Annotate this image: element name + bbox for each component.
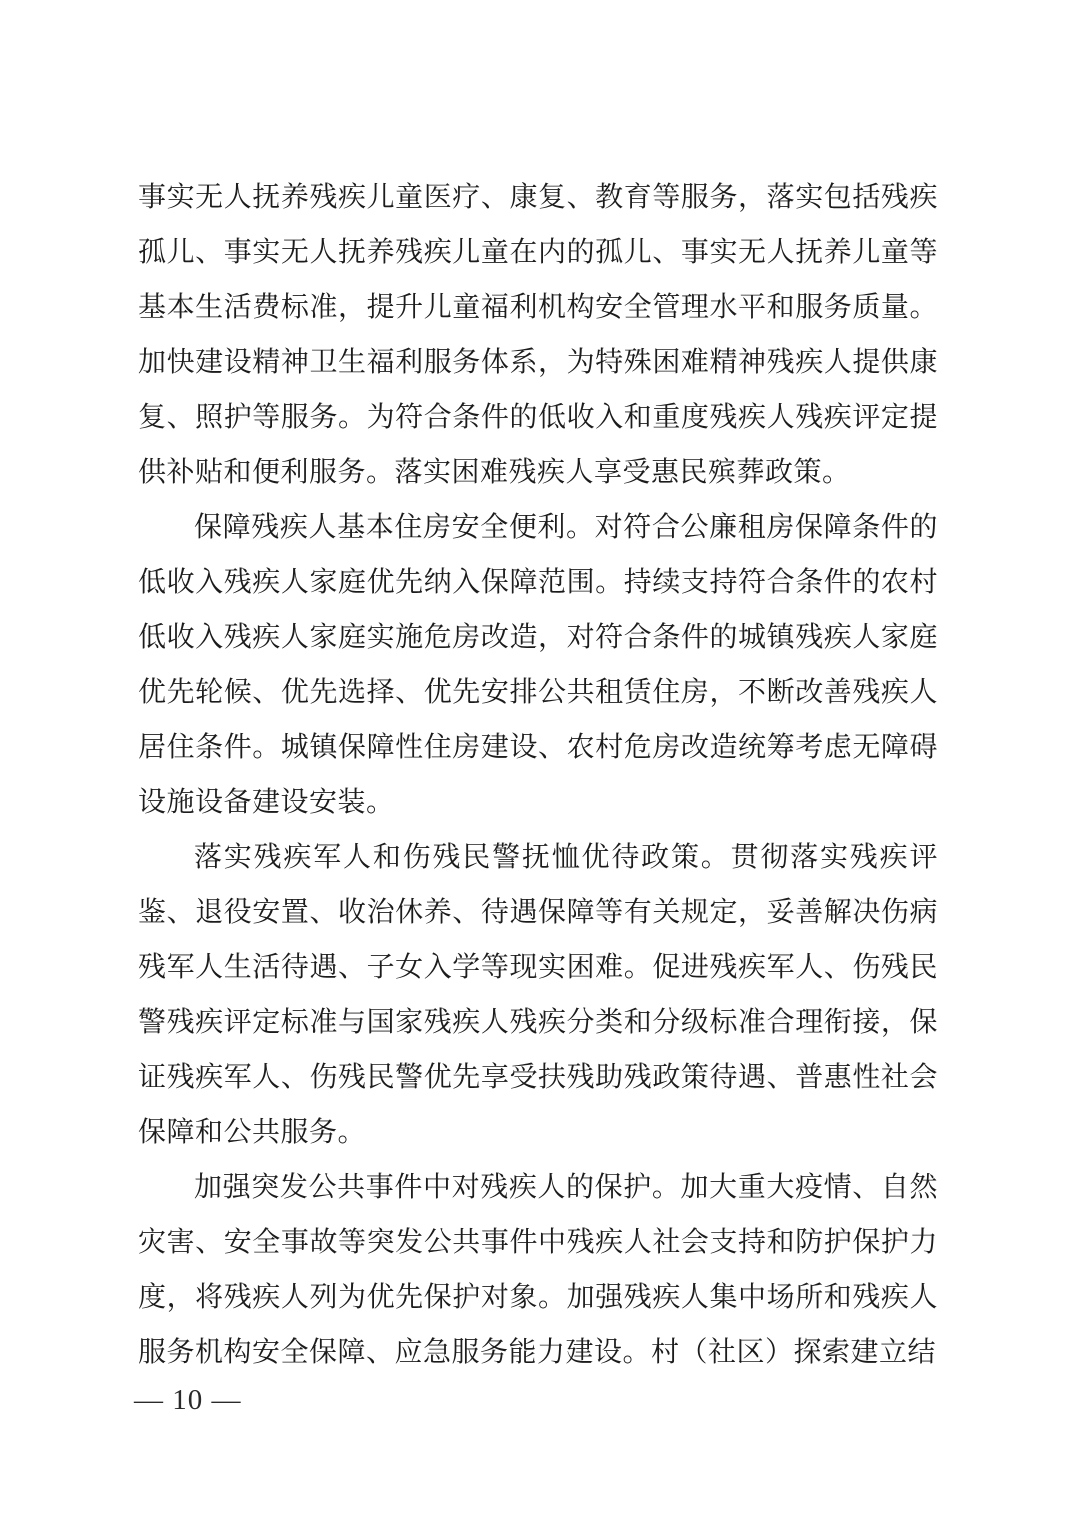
document-page: 事实无人抚养残疾儿童医疗、康复、教育等服务，落实包括残疾孤儿、事实无人抚养残疾儿…	[0, 0, 1074, 1520]
paragraph: 保障残疾人基本住房安全便利。对符合公廉租房保障条件的低收入残疾人家庭优先纳入保障…	[138, 500, 938, 830]
text-line: 加强突发公共事件中对残疾人的保护。加大重大疫情、自然	[138, 1160, 938, 1215]
text-line: 保障和公共服务。	[138, 1105, 938, 1160]
text-line: 证残疾军人、伤残民警优先享受扶残助残政策待遇、普惠性社会	[138, 1050, 938, 1105]
paragraph: 落实残疾军人和伤残民警抚恤优待政策。贯彻落实残疾评鉴、退役安置、收治休养、待遇保…	[138, 830, 938, 1160]
document-body: 事实无人抚养残疾儿童医疗、康复、教育等服务，落实包括残疾孤儿、事实无人抚养残疾儿…	[138, 170, 938, 1380]
text-line: 度，将残疾人列为优先保护对象。加强残疾人集中场所和残疾人	[138, 1270, 938, 1325]
text-line: 基本生活费标准，提升儿童福利机构安全管理水平和服务质量。	[138, 280, 938, 335]
text-line: 鉴、退役安置、收治休养、待遇保障等有关规定，妥善解决伤病	[138, 885, 938, 940]
page-footer: — 10 —	[134, 1378, 242, 1422]
text-line: 警残疾评定标准与国家残疾人残疾分类和分级标准合理衔接，保	[138, 995, 938, 1050]
text-line: 事实无人抚养残疾儿童医疗、康复、教育等服务，落实包括残疾	[138, 170, 938, 225]
paragraph: 加强突发公共事件中对残疾人的保护。加大重大疫情、自然灾害、安全事故等突发公共事件…	[138, 1160, 938, 1380]
text-line: 低收入残疾人家庭优先纳入保障范围。持续支持符合条件的农村	[138, 555, 938, 610]
text-line: 灾害、安全事故等突发公共事件中残疾人社会支持和防护保护力	[138, 1215, 938, 1270]
page-number: — 10 —	[134, 1384, 242, 1416]
text-line: 残军人生活待遇、子女入学等现实困难。促进残疾军人、伤残民	[138, 940, 938, 995]
text-line: 居住条件。城镇保障性住房建设、农村危房改造统筹考虑无障碍	[138, 720, 938, 775]
text-line: 落实残疾军人和伤残民警抚恤优待政策。贯彻落实残疾评	[138, 830, 938, 885]
text-line: 孤儿、事实无人抚养残疾儿童在内的孤儿、事实无人抚养儿童等	[138, 225, 938, 280]
text-line: 优先轮候、优先选择、优先安排公共租赁住房，不断改善残疾人	[138, 665, 938, 720]
paragraph: 事实无人抚养残疾儿童医疗、康复、教育等服务，落实包括残疾孤儿、事实无人抚养残疾儿…	[138, 170, 938, 500]
text-line: 供补贴和便利服务。落实困难残疾人享受惠民殡葬政策。	[138, 445, 938, 500]
text-line: 设施设备建设安装。	[138, 775, 938, 830]
text-line: 服务机构安全保障、应急服务能力建设。村（社区）探索建立结	[138, 1325, 938, 1380]
text-line: 加快建设精神卫生福利服务体系，为特殊困难精神残疾人提供康	[138, 335, 938, 390]
text-line: 低收入残疾人家庭实施危房改造，对符合条件的城镇残疾人家庭	[138, 610, 938, 665]
text-line: 复、照护等服务。为符合条件的低收入和重度残疾人残疾评定提	[138, 390, 938, 445]
text-line: 保障残疾人基本住房安全便利。对符合公廉租房保障条件的	[138, 500, 938, 555]
